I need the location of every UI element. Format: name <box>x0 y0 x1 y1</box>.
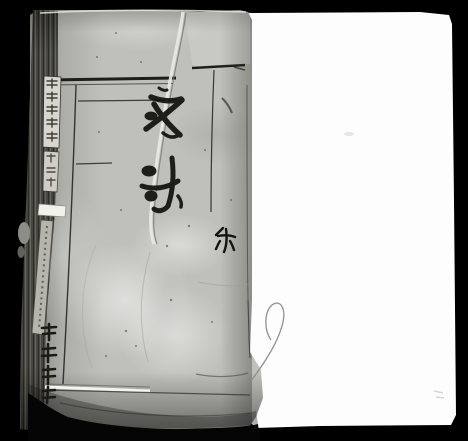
spine-repair-tab <box>38 204 66 217</box>
small-ink-character <box>216 228 235 252</box>
spine-lower-label <box>32 220 53 335</box>
photo-detail-overlay <box>0 0 468 441</box>
dust-blobs <box>18 222 31 258</box>
spine-foot-ink-marks <box>42 324 56 403</box>
photo-canvas <box>0 0 468 441</box>
tear-shadow-mark <box>222 98 232 113</box>
cover-calligraphy-char-2 <box>142 158 182 211</box>
cover-bottom-scratch-line <box>45 384 250 395</box>
page-smudges <box>344 132 444 398</box>
torn-flap-region <box>184 12 250 67</box>
spine-labels <box>32 76 66 335</box>
loose-fiber <box>251 303 284 381</box>
